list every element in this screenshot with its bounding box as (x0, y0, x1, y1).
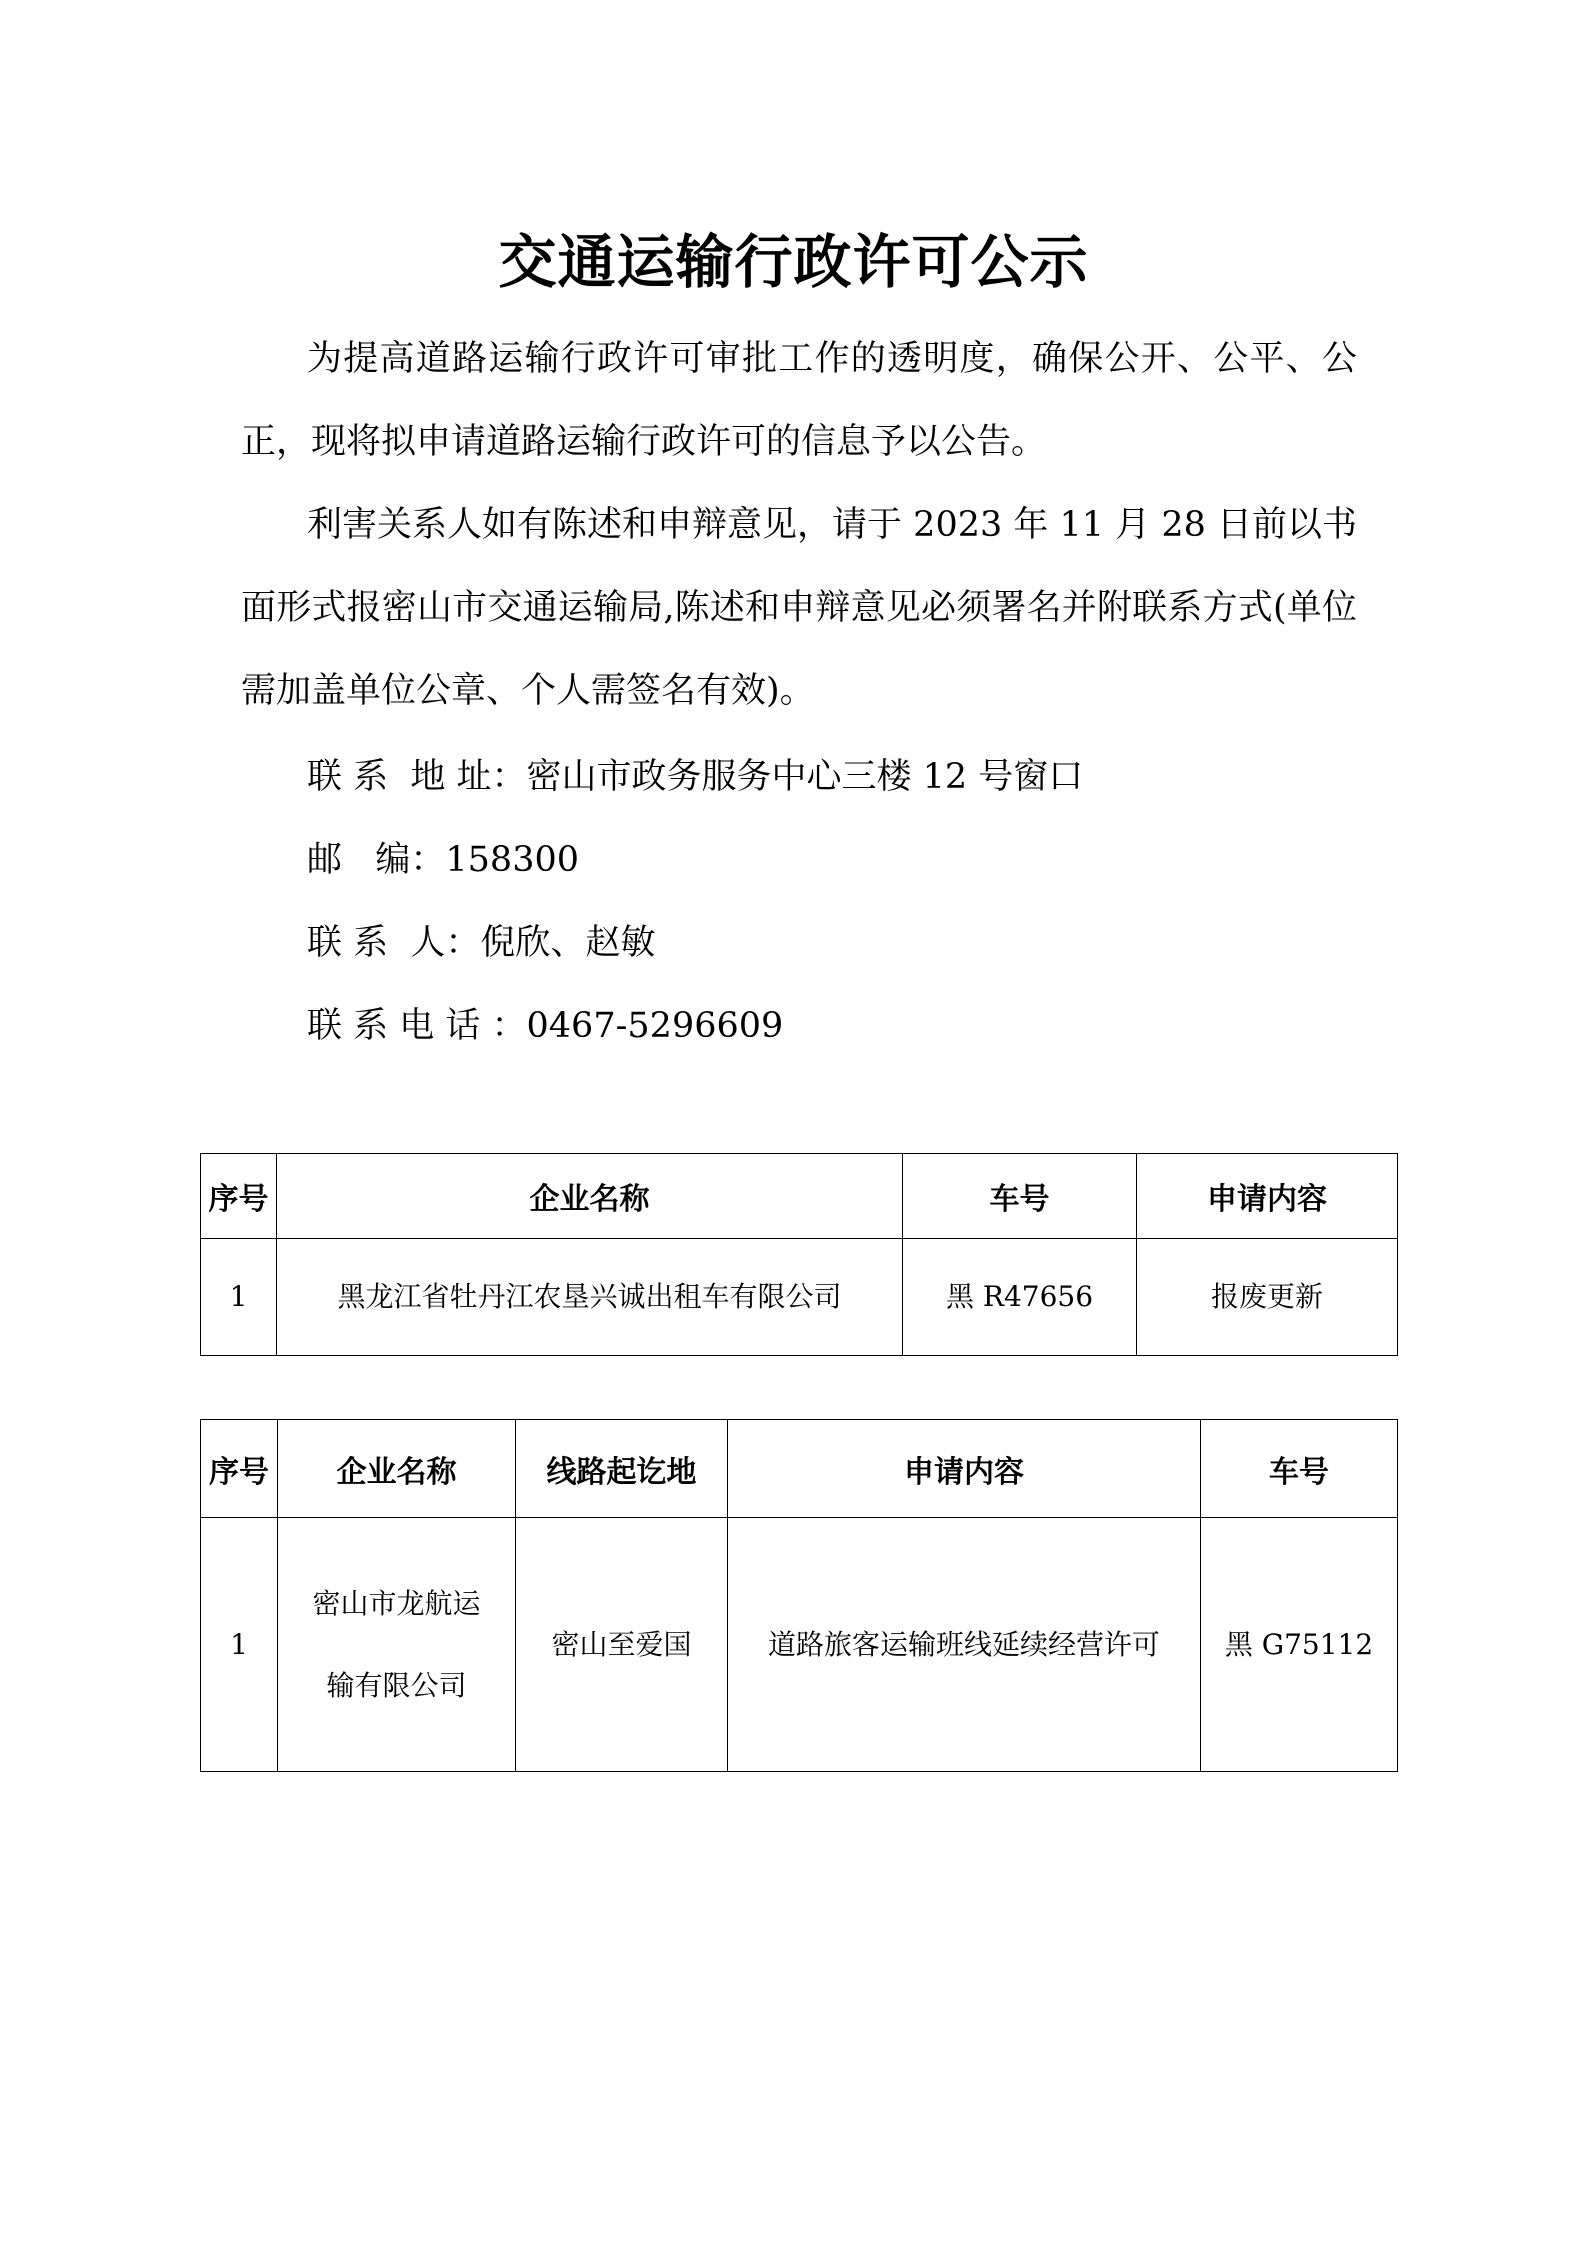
contact-phone-label: 联 系 电 话 ： (307, 1006, 527, 1046)
table-row: 1 黑龙江省牡丹江农垦兴诚出租车有限公司 黑 R47656 报废更新 (201, 1239, 1398, 1356)
cell-request: 道路旅客运输班线延续经营许可 (728, 1518, 1201, 1772)
contact-postcode: 邮 编：158300 (307, 819, 579, 902)
header-company: 企业名称 (277, 1154, 903, 1239)
paragraph-purpose: 为提高道路运输行政许可审批工作的透明度，确保公开、公平、公正，现将拟申请道路运输… (241, 318, 1357, 484)
header-index: 序号 (201, 1154, 277, 1239)
contact-person-label: 联 系 人： (307, 923, 480, 963)
permit-table-bus-route: 序号 企业名称 线路起讫地 申请内容 车号 1 密山市龙航运输有限公司 密山至爱… (200, 1419, 1398, 1772)
contact-phone: 联 系 电 话 ：0467-5296609 (307, 985, 783, 1068)
contact-person: 联 系 人：倪欣、赵敏 (307, 902, 655, 985)
table-header-row: 序号 企业名称 车号 申请内容 (201, 1154, 1398, 1239)
table-header-row: 序号 企业名称 线路起讫地 申请内容 车号 (201, 1420, 1398, 1518)
header-index: 序号 (201, 1420, 278, 1518)
cell-company: 密山市龙航运输有限公司 (278, 1518, 516, 1772)
cell-plate: 黑 G75112 (1201, 1518, 1398, 1772)
header-plate: 车号 (903, 1154, 1137, 1239)
cell-index: 1 (201, 1239, 277, 1356)
document-title: 交通运输行政许可公示 (0, 215, 1587, 299)
cell-route: 密山至爱国 (516, 1518, 728, 1772)
contact-address: 联 系 地 址：密山市政务服务中心三楼 12 号窗口 (307, 736, 1083, 819)
contact-address-label: 联 系 地 址： (307, 757, 527, 797)
contact-postcode-label: 邮 编： (307, 840, 445, 880)
cell-company: 黑龙江省牡丹江农垦兴诚出租车有限公司 (277, 1239, 903, 1356)
header-company: 企业名称 (278, 1420, 516, 1518)
permit-table-taxi: 序号 企业名称 车号 申请内容 1 黑龙江省牡丹江农垦兴诚出租车有限公司 黑 R… (200, 1153, 1398, 1356)
cell-request: 报废更新 (1137, 1239, 1398, 1356)
contact-address-value: 密山市政务服务中心三楼 12 号窗口 (527, 757, 1084, 797)
contact-phone-value: 0467-5296609 (527, 1006, 784, 1046)
contact-person-value: 倪欣、赵敏 (480, 923, 655, 963)
paragraph-objection-notice: 利害关系人如有陈述和申辩意见，请于 2023 年 11 月 28 日前以书面形式… (241, 484, 1357, 733)
header-request: 申请内容 (1137, 1154, 1398, 1239)
contact-postcode-value: 158300 (445, 840, 579, 880)
table-row: 1 密山市龙航运输有限公司 密山至爱国 道路旅客运输班线延续经营许可 黑 G75… (201, 1518, 1398, 1772)
header-route: 线路起讫地 (516, 1420, 728, 1518)
header-request: 申请内容 (728, 1420, 1201, 1518)
header-plate: 车号 (1201, 1420, 1398, 1518)
cell-plate: 黑 R47656 (903, 1239, 1137, 1356)
cell-index: 1 (201, 1518, 278, 1772)
